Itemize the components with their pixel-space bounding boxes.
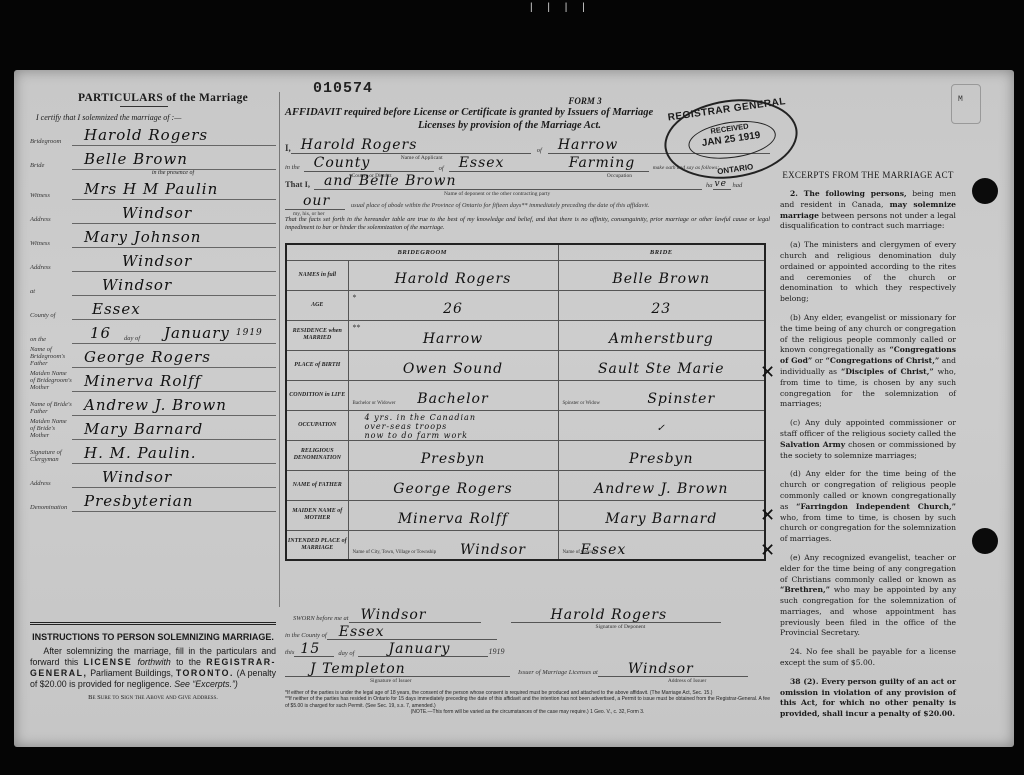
residence-row: our my, his, or her usual place of abode… <box>285 192 770 210</box>
field-bridegroom: Bridegroom Harold Rogers <box>30 122 276 146</box>
field-clergyman-signature: Signature of Clergyman H. M. Paulin. <box>30 440 276 464</box>
sworn-section: SWORN before me at Windsor Harold Rogers… <box>285 606 770 677</box>
field-bride-father: Name of Bride's Father Andrew J. Brown <box>30 392 276 416</box>
issuer-row: J TempletonSignature of Issuer Issuer of… <box>285 657 770 677</box>
field-groom-father: Name of Bridegroom's Father George Roger… <box>30 344 276 368</box>
table-row: CONDITION in LIFE Bachelor or WidowerBac… <box>286 380 765 410</box>
field-denomination: Denomination Presbyterian <box>30 488 276 512</box>
check-mark-x: ✕ <box>760 505 775 526</box>
excerpt-b: (b) Any elder, evangelist or missionary … <box>780 313 956 410</box>
scan-top-marks: | | | | <box>530 2 591 13</box>
table-row: NAMES in full Harold Rogers Belle Brown <box>286 260 765 290</box>
sworn-place-row: SWORN before me at Windsor Harold Rogers… <box>285 606 770 623</box>
field-witness-2: Witness Mary Johnson <box>30 224 276 248</box>
table-row: AGE *26 23 <box>286 290 765 320</box>
excerpts-section: EXCERPTS FROM THE MARRIAGE ACT 2. The fo… <box>780 170 956 728</box>
check-mark-x: ✕ <box>760 362 775 383</box>
field-place: at Windsor <box>30 272 276 296</box>
table-row: INTENDED PLACE of MARRIAGE Name of City,… <box>286 530 765 560</box>
margin-note: M <box>951 84 981 124</box>
instructions-body: After solemnizing the marriage, fill in … <box>30 646 276 690</box>
sworn-date-row: this 15 day of January 1919 <box>285 640 770 657</box>
table-row: OCCUPATION 4 yrs. in the Canadian over-s… <box>286 410 765 440</box>
excerpt-d: (d) Any elder for the time being of the … <box>780 469 956 545</box>
excerpt-e: (e) Any recognized evangelist, teacher o… <box>780 553 956 639</box>
punch-hole-top <box>972 178 998 204</box>
sworn-county-row: in the County of Essex <box>285 623 770 640</box>
certify-text: I certify that I solemnized the marriage… <box>36 113 276 122</box>
facts-statement: That the facts set forth in the hereunde… <box>285 216 770 232</box>
double-rule <box>30 622 276 626</box>
instructions-box: INSTRUCTIONS TO PERSON SOLEMNIZING MARRI… <box>30 622 276 701</box>
particulars-section: PARTICULARS of the Marriage I certify th… <box>30 92 276 512</box>
column-divider <box>279 92 280 607</box>
excerpt-a: (a) The ministers and clergymen of every… <box>780 240 956 305</box>
field-bride-mother: Maiden Name of Bride's Mother Mary Barna… <box>30 416 276 440</box>
field-bride: Bride Belle Brown <box>30 146 276 170</box>
title-underline <box>120 106 168 107</box>
footnotes: *If either of the parties is under the l… <box>285 690 770 715</box>
serial-number: 010574 <box>313 80 373 97</box>
issuer-signature: J Templeton <box>310 661 406 677</box>
sign-note: Be Sure to Sign the Above and Give Addre… <box>30 694 276 701</box>
excerpt-section-2: 2. The following persons, being men and … <box>780 189 956 232</box>
excerpts-title: EXCERPTS FROM THE MARRIAGE ACT <box>780 170 956 181</box>
field-clergyman-address: Address Windsor <box>30 464 276 488</box>
table-row: PLACE of BIRTH Owen Sound Sault Ste Mari… <box>286 350 765 380</box>
field-county: County of Essex <box>30 296 276 320</box>
particulars-title: PARTICULARS of the Marriage <box>50 92 276 104</box>
applicant-residence: Harrow <box>558 137 618 153</box>
applicant-name: Harold Rogers <box>301 137 418 153</box>
field-witness-1: Witness Mrs H M Paulin <box>30 176 276 200</box>
table-row: NAME of FATHER George Rogers Andrew J. B… <box>286 470 765 500</box>
instructions-title: INSTRUCTIONS TO PERSON SOLEMNIZING MARRI… <box>30 632 276 643</box>
table-row: MAIDEN NAME of MOTHER Minerva Rolff Mary… <box>286 500 765 530</box>
header-bride: BRIDE <box>558 244 765 260</box>
field-groom-mother: Maiden Name of Bridegroom's Mother Miner… <box>30 368 276 392</box>
table-row: RESIDENCE when MARRIED **Harrow Amherstb… <box>286 320 765 350</box>
table-row: RELIGIOUS DENOMINATION Presbyn Presbyn <box>286 440 765 470</box>
excerpt-c: (c) Any duly appointed commissioner or s… <box>780 418 956 461</box>
particulars-table: BRIDEGROOM BRIDE NAMES in full Harold Ro… <box>285 243 766 561</box>
excerpt-section-24: 24. No fee shall be payable for a licens… <box>780 647 956 669</box>
excerpt-section-38: 38 (2). Every person guilty of an act or… <box>780 677 956 720</box>
field-witness-1-address: Address Windsor <box>30 200 276 224</box>
field-witness-2-address: Address Windsor <box>30 248 276 272</box>
deponent-signature: Harold Rogers <box>551 607 668 623</box>
header-bridegroom: BRIDEGROOM <box>286 244 558 260</box>
field-date: on the 16 day of January 1919 <box>30 320 276 344</box>
check-mark-x: ✕ <box>760 540 775 561</box>
punch-hole-bottom <box>972 528 998 554</box>
